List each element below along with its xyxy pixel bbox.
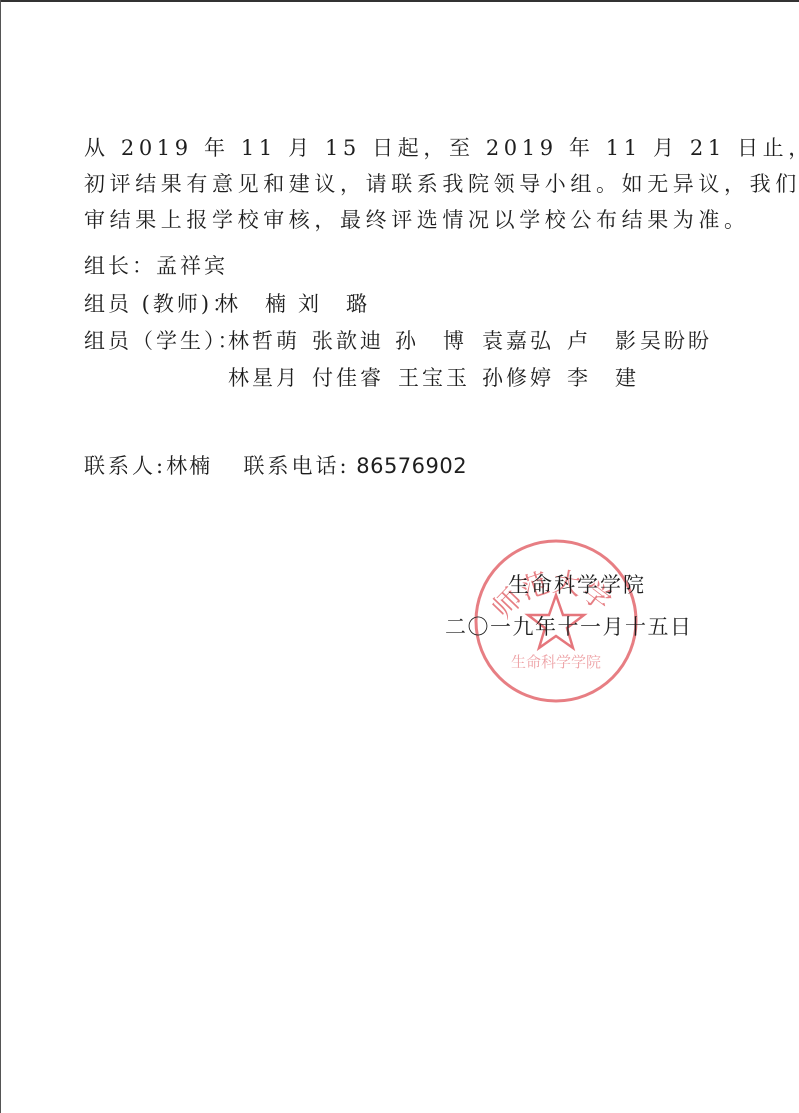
student-member-name: 林哲萌: [228, 328, 300, 354]
signature-org: 生命科学学院: [508, 572, 646, 598]
group-leader-row: 组长：孟祥宾: [84, 253, 228, 279]
student-member-name: 吴盼盼: [640, 328, 712, 354]
student-member-name: 王宝玉: [398, 365, 470, 391]
scan-border-left: [0, 0, 1, 1113]
contact-person: 林楠: [166, 453, 212, 479]
student-member-name: 卢 影: [567, 328, 639, 354]
student-member-name: 孙 博: [395, 328, 467, 354]
paragraph-line-3: 审结果上报学校审核，最终评选情况以学校公布结果为准。: [84, 207, 750, 233]
contact-phone: 86576902: [356, 453, 467, 479]
scan-border-top: [0, 0, 799, 2]
signature-date: 二〇一九年十一月十五日: [445, 614, 693, 640]
student-member-name: 孙修婷: [482, 365, 554, 391]
teacher-members-label: 组员 (教师)：: [84, 291, 236, 317]
stamp-bottom-text: 生命科学学院: [511, 653, 601, 671]
group-leader-label: 组长：: [84, 254, 156, 278]
student-member-name: 袁嘉弘: [482, 328, 554, 354]
teacher-member-name: 林 楠: [217, 291, 289, 317]
student-member-name: 付佳睿: [312, 365, 384, 391]
contact-row: 联系人:林楠 联系电话: 86576902: [84, 453, 467, 479]
group-leader-name: 孟祥宾: [156, 254, 228, 278]
contact-person-label: 联系人:: [84, 453, 166, 479]
student-member-name: 林星月: [228, 365, 300, 391]
student-members-label: 组员（学生）：: [84, 328, 242, 354]
teacher-member-name: 刘 璐: [298, 291, 370, 317]
contact-phone-label: 联系电话:: [243, 453, 349, 479]
paragraph-line-1: 从 2019 年 11 月 15 日起，至 2019 年 11 月 21 日止，…: [84, 135, 799, 161]
student-member-name: 张歆迪: [312, 328, 384, 354]
paragraph-line-2: 初评结果有意见和建议，请联系我院领导小组。如无异议，我们将初: [84, 171, 799, 197]
student-member-name: 李 建: [567, 365, 639, 391]
